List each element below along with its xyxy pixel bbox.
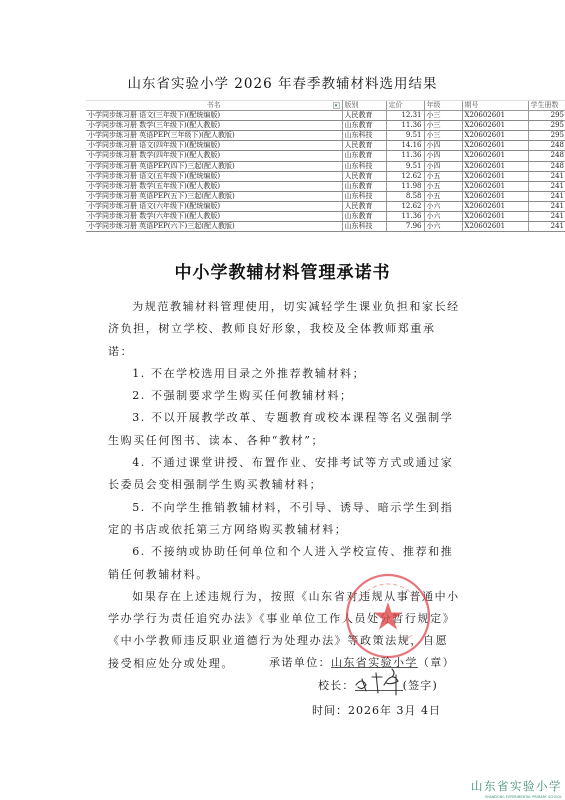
cell-publisher: 人民教育 [342, 171, 386, 181]
cell-issue: X20602601 [462, 111, 528, 121]
commitment-item: 4. 不通过课堂讲授、布置作业、安排考试等方式或通过家长委员会变相强制学生购买教… [108, 452, 460, 497]
cell-book: 小学同步练习册 语文(四年级下)(配统编版) [86, 141, 342, 151]
document-title: 山东省实验小学 2026 年春季教辅材料选用结果 [0, 72, 565, 92]
table-header-row: 书名 ▾ 版别 定价 年级 期号 学生册数 [86, 101, 565, 111]
cell-price: 11.98 [386, 181, 424, 191]
cell-price: 8.58 [386, 191, 424, 201]
cell-issue: X20602601 [462, 171, 528, 181]
table-row: 小学同步练习册 英语PEP(五下)三起(配人教版) 山东科技 8.58 小五 X… [86, 191, 565, 201]
cell-issue: X20602601 [462, 161, 528, 171]
cell-students: 241 [528, 191, 565, 201]
cell-publisher: 人民教育 [342, 111, 386, 121]
cell-price: 12.62 [386, 201, 424, 211]
cell-students: 241 [528, 212, 565, 222]
cell-students: 248 [528, 151, 565, 161]
cell-grade: 小四 [424, 151, 462, 161]
logo-name-en: SHANDONG EXPERIMENTAL PRIMARY SCHOOL [470, 795, 562, 799]
cell-issue: X20602601 [462, 191, 528, 201]
document-page: 山东省实验小学 2026 年春季教辅材料选用结果 书名 ▾ 版别 定价 [0, 0, 565, 800]
cell-students: 241 [528, 222, 565, 232]
cell-publisher: 山东教育 [342, 181, 386, 191]
cell-issue: X20602601 [462, 212, 528, 222]
col-header-book: 书名 ▾ [86, 101, 342, 111]
cell-publisher: 山东教育 [342, 121, 386, 131]
cell-grade: 小五 [424, 191, 462, 201]
cell-students: 248 [528, 161, 565, 171]
official-seal-icon [344, 572, 432, 660]
cell-students: 295 [528, 121, 565, 131]
cell-price: 11.36 [386, 212, 424, 222]
cell-book: 小学同步练习册 语文(三年级下)(配统编版) [86, 111, 342, 121]
cell-book: 小学同步练习册 英语PEP(三年级下)(配人教版) [86, 131, 342, 141]
handwritten-signature-icon [352, 665, 408, 697]
table-row: 小学同步练习册 语文(四年级下)(配统编版) 人民教育 14.16 小四 X20… [86, 141, 565, 151]
table-row: 小学同步练习册 数学(五年级下)(配人教版) 山东教育 11.98 小五 X20… [86, 181, 565, 191]
filter-dropdown-icon[interactable]: ▾ [333, 102, 340, 109]
cell-issue: X20602601 [462, 181, 528, 191]
cell-issue: X20602601 [462, 151, 528, 161]
cell-grade: 小三 [424, 121, 462, 131]
cell-students: 241 [528, 171, 565, 181]
cell-price: 7.96 [386, 222, 424, 232]
cell-grade: 小六 [424, 212, 462, 222]
cell-price: 11.36 [386, 121, 424, 131]
col-header-price: 定价 [386, 101, 424, 111]
cell-issue: X20602601 [462, 222, 528, 232]
cell-price: 9.51 [386, 161, 424, 171]
cell-students: 248 [528, 141, 565, 151]
cell-publisher: 山东教育 [342, 212, 386, 222]
col-header-issue: 期号 [462, 101, 528, 111]
commitment-item: 3. 不以开展教学改革、专题教育或校本课程等名义强制学生购买任何图书、读本、各种… [108, 407, 460, 452]
table-row: 小学同步练习册 语文(三年级下)(配统编版) 人民教育 12.31 小三 X20… [86, 111, 565, 121]
cell-publisher: 人民教育 [342, 201, 386, 211]
cell-book: 小学同步练习册 英语PEP(五下)三起(配人教版) [86, 191, 342, 201]
cell-students: 241 [528, 181, 565, 191]
cell-publisher: 人民教育 [342, 141, 386, 151]
cell-publisher: 山东科技 [342, 191, 386, 201]
table-row: 小学同步练习册 语文(六年级下)(配统编版) 人民教育 12.62 小六 X20… [86, 201, 565, 211]
cell-publisher: 山东科技 [342, 222, 386, 232]
cell-book: 小学同步练习册 语文(五年级下)(配统编版) [86, 171, 342, 181]
table-row: 小学同步练习册 数学(三年级下)(配人教版) 山东教育 11.36 小三 X20… [86, 121, 565, 131]
letter-intro: 为规范教辅材料管理使用，切实减轻学生课业负担和家长经济负担，树立学校、教师良好形… [108, 296, 460, 363]
cell-grade: 小四 [424, 141, 462, 151]
col-header-publisher: 版别 [342, 101, 386, 111]
commitment-item: 5. 不向学生推销教辅材料，不引导、诱导、暗示学生到指定的书店或依托第三方网络购… [108, 497, 460, 542]
cell-book: 小学同步练习册 英语PEP(六下)三起(配人教版) [86, 222, 342, 232]
col-header-grade: 年级 [424, 101, 462, 111]
cell-issue: X20602601 [462, 201, 528, 211]
cell-students: 295 [528, 131, 565, 141]
table-row: 小学同步练习册 数学(六年级下)(配人教版) 山东教育 11.36 小六 X20… [86, 212, 565, 222]
letter-title: 中小学教辅材料管理承诺书 [0, 258, 565, 283]
school-logo: 山东省实验小学 SHANDONG EXPERIMENTAL PRIMARY SC… [470, 778, 562, 799]
table-row: 小学同步练习册 英语PEP(三年级下)(配人教版) 山东科技 9.51 小三 X… [86, 131, 565, 141]
cell-book: 小学同步练习册 数学(三年级下)(配人教版) [86, 121, 342, 131]
cell-issue: X20602601 [462, 141, 528, 151]
commitment-item: 1. 不在学校选用目录之外推荐教辅材料； [108, 363, 460, 385]
cell-issue: X20602601 [462, 121, 528, 131]
cell-price: 12.31 [386, 111, 424, 121]
cell-grade: 小六 [424, 201, 462, 211]
cell-book: 小学同步练习册 数学(六年级下)(配人教版) [86, 212, 342, 222]
signing-date: 时间：2026年 3月 4日 [312, 702, 441, 718]
cell-price: 14.16 [386, 141, 424, 151]
cell-publisher: 山东科技 [342, 131, 386, 141]
cell-book: 小学同步练习册 数学(四年级下)(配人教版) [86, 151, 342, 161]
table-row: 小学同步练习册 英语PEP(六下)三起(配人教版) 山东科技 7.96 小六 X… [86, 222, 565, 232]
cell-grade: 小六 [424, 222, 462, 232]
cell-price: 9.51 [386, 131, 424, 141]
table-row: 小学同步练习册 英语PEP(四下)三起(配人教版) 山东科技 9.51 小四 X… [86, 161, 565, 171]
table-row: 小学同步练习册 语文(五年级下)(配统编版) 人民教育 12.62 小五 X20… [86, 171, 565, 181]
cell-grade: 小五 [424, 181, 462, 191]
cell-book: 小学同步练习册 英语PEP(四下)三起(配人教版) [86, 161, 342, 171]
col-header-students: 学生册数 [528, 101, 565, 111]
cell-publisher: 山东教育 [342, 151, 386, 161]
cell-grade: 小三 [424, 131, 462, 141]
cell-grade: 小五 [424, 171, 462, 181]
cell-grade: 小三 [424, 111, 462, 121]
commitment-item: 2. 不强制要求学生购买任何教辅材料； [108, 385, 460, 407]
cell-price: 11.36 [386, 151, 424, 161]
cell-price: 12.62 [386, 171, 424, 181]
logo-name-cn: 山东省实验小学 [470, 778, 562, 794]
selection-table: 书名 ▾ 版别 定价 年级 期号 学生册数 小学同步练习册 语文(三年级下)(配… [86, 100, 528, 232]
cell-book: 小学同步练习册 数学(五年级下)(配人教版) [86, 181, 342, 191]
table-row: 小学同步练习册 数学(四年级下)(配人教版) 山东教育 11.36 小四 X20… [86, 151, 565, 161]
cell-students: 241 [528, 201, 565, 211]
cell-students: 295 [528, 111, 565, 121]
cell-issue: X20602601 [462, 131, 528, 141]
cell-book: 小学同步练习册 语文(六年级下)(配统编版) [86, 201, 342, 211]
cell-publisher: 山东科技 [342, 161, 386, 171]
cell-grade: 小四 [424, 161, 462, 171]
